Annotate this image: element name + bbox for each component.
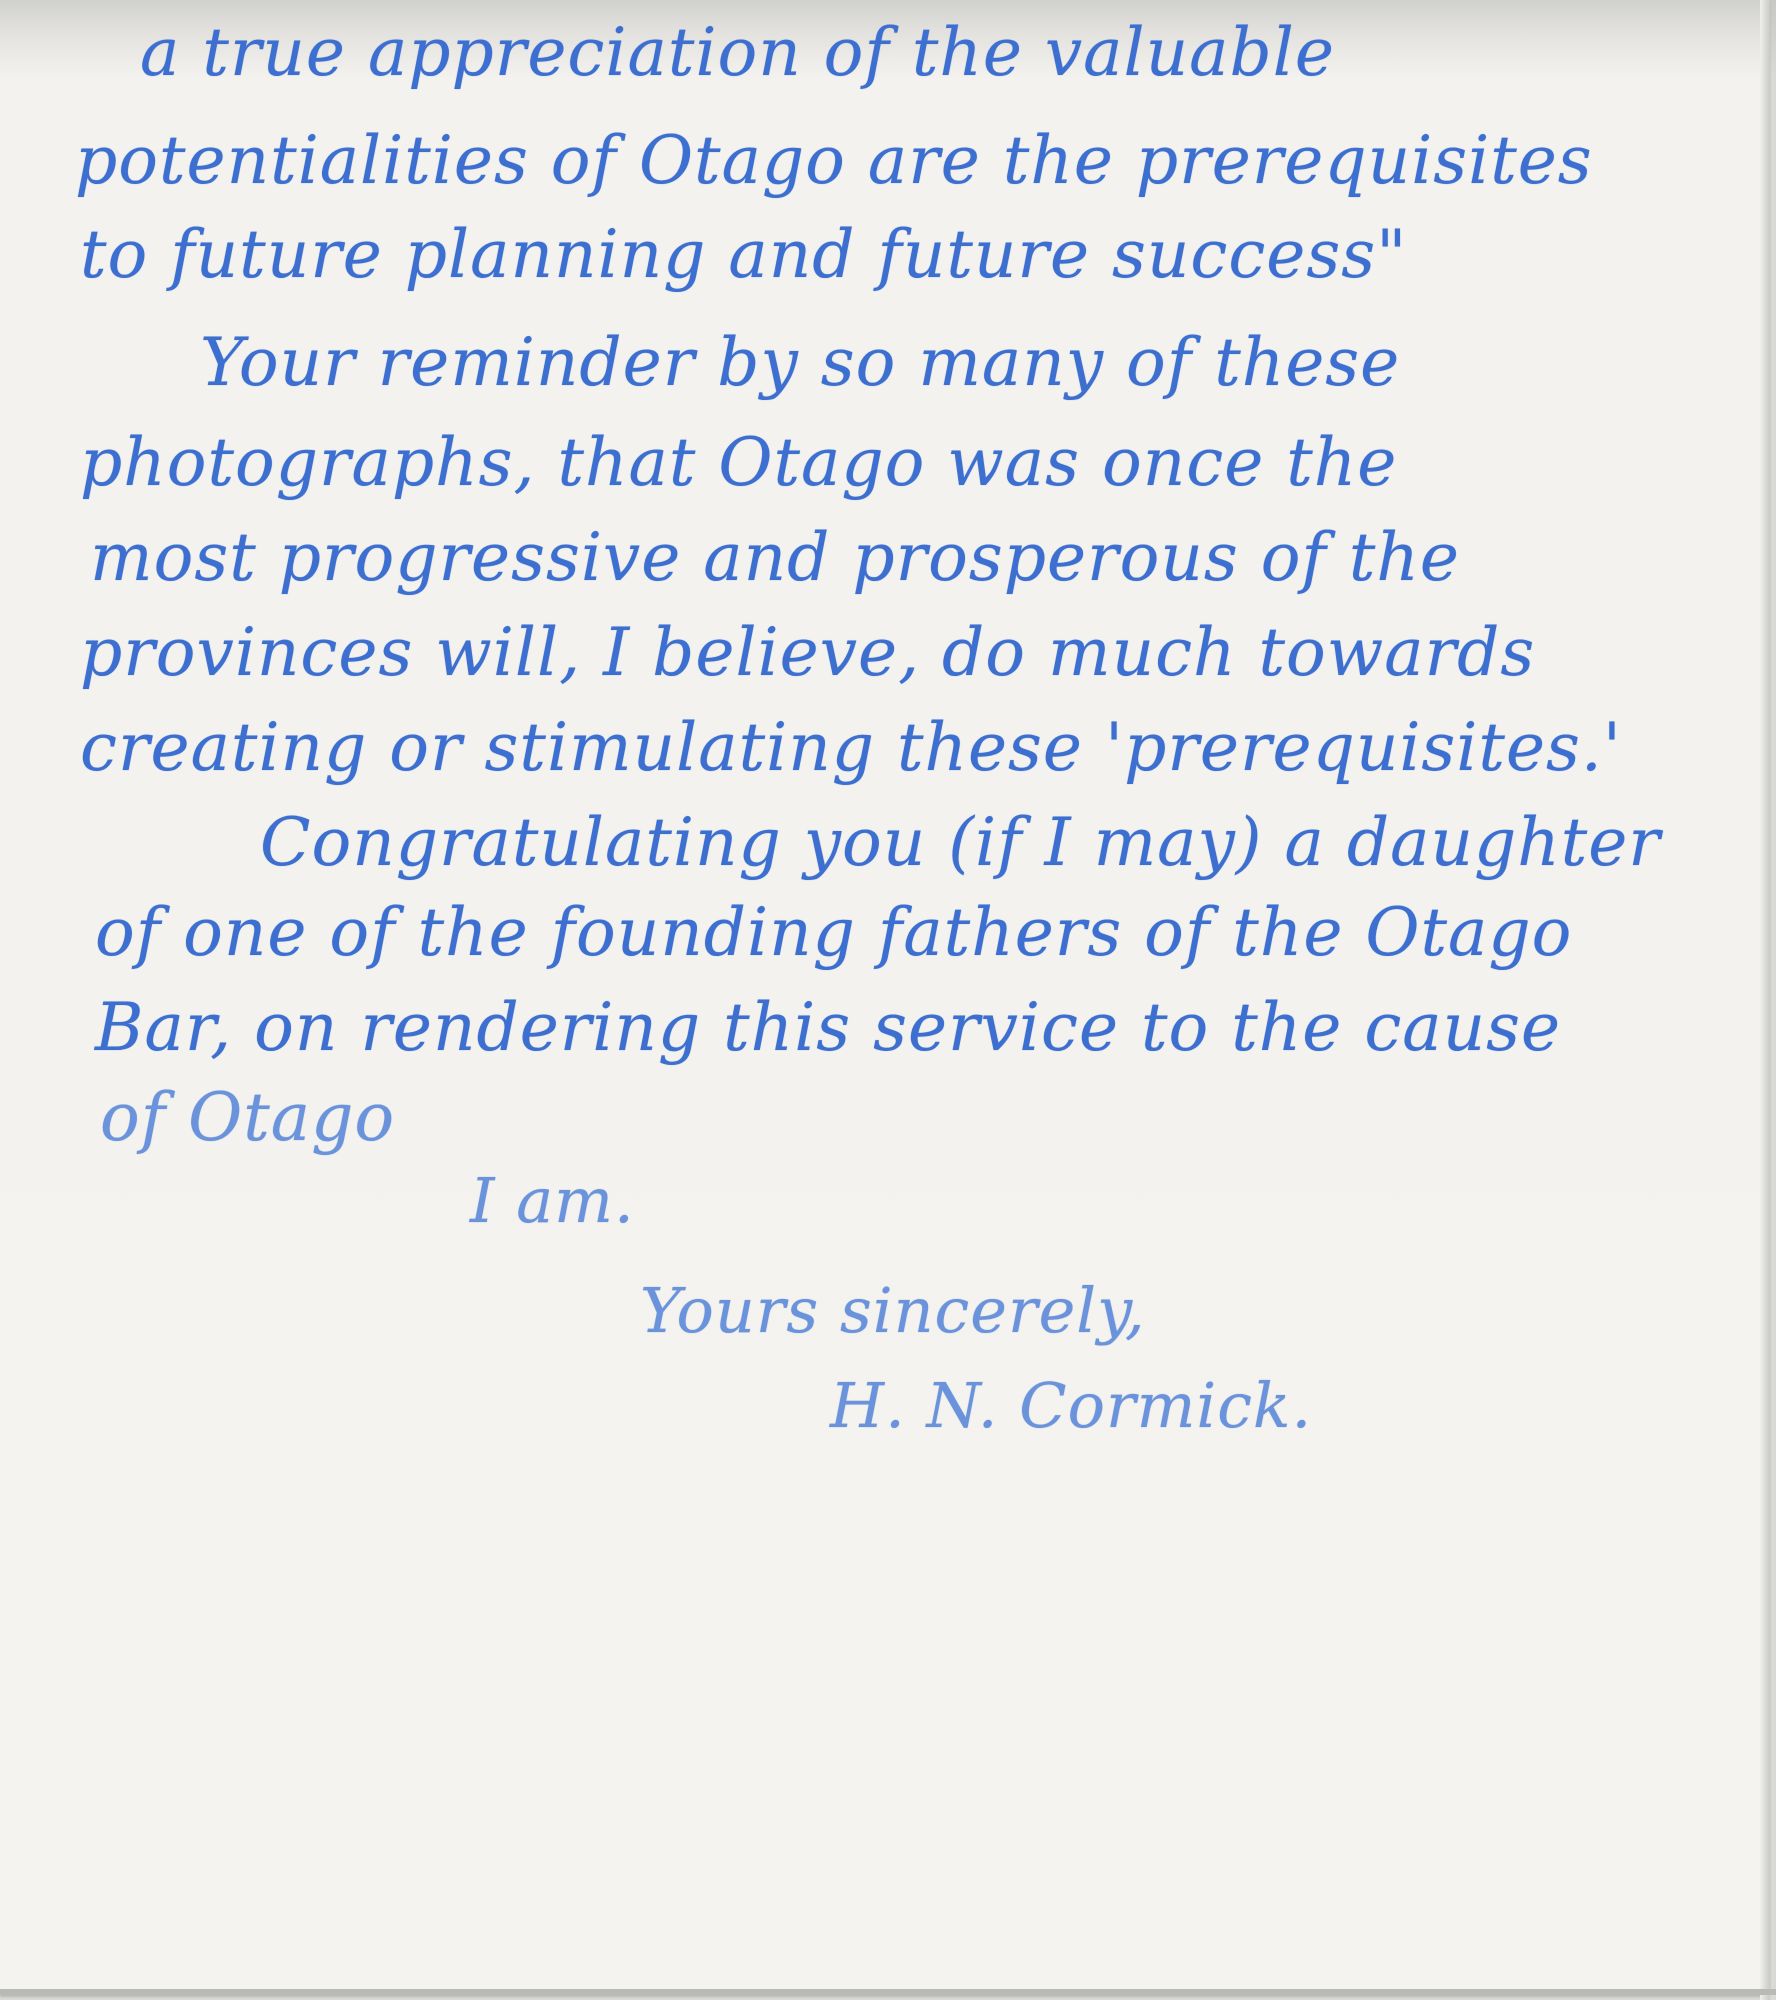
letter-line: potentialities of Otago are the prerequi… <box>75 128 1593 194</box>
letter-line: creating or stimulating these 'prerequis… <box>80 715 1622 781</box>
closing-yours-sincerely: Yours sincerely, <box>640 1280 1146 1342</box>
letter-line: provinces will, I believe, do much towar… <box>80 620 1535 686</box>
signature: H. N. Cormick. <box>830 1375 1312 1437</box>
letter-line: of Otago <box>100 1085 395 1151</box>
letter-line: a true appreciation of the valuable <box>140 20 1335 86</box>
letter-line: photographs, that Otago was once the <box>80 430 1397 496</box>
letter-line: most progressive and prosperous of the <box>90 525 1460 591</box>
letter-line: Your reminder by so many of these <box>200 330 1400 396</box>
letter-page: a true appreciation of the valuable pote… <box>0 0 1770 1995</box>
closing-i-am: I am. <box>470 1170 635 1232</box>
page-bottom-edge <box>0 1989 1776 1995</box>
letter-line: Bar, on rendering this service to the ca… <box>95 995 1561 1061</box>
letter-line: to future planning and future success" <box>80 222 1407 288</box>
letter-line: of one of the founding fathers of the Ot… <box>95 900 1572 966</box>
page-right-edge <box>1760 0 1770 2000</box>
letter-line: Congratulating you (if I may) a daughter <box>260 810 1661 876</box>
